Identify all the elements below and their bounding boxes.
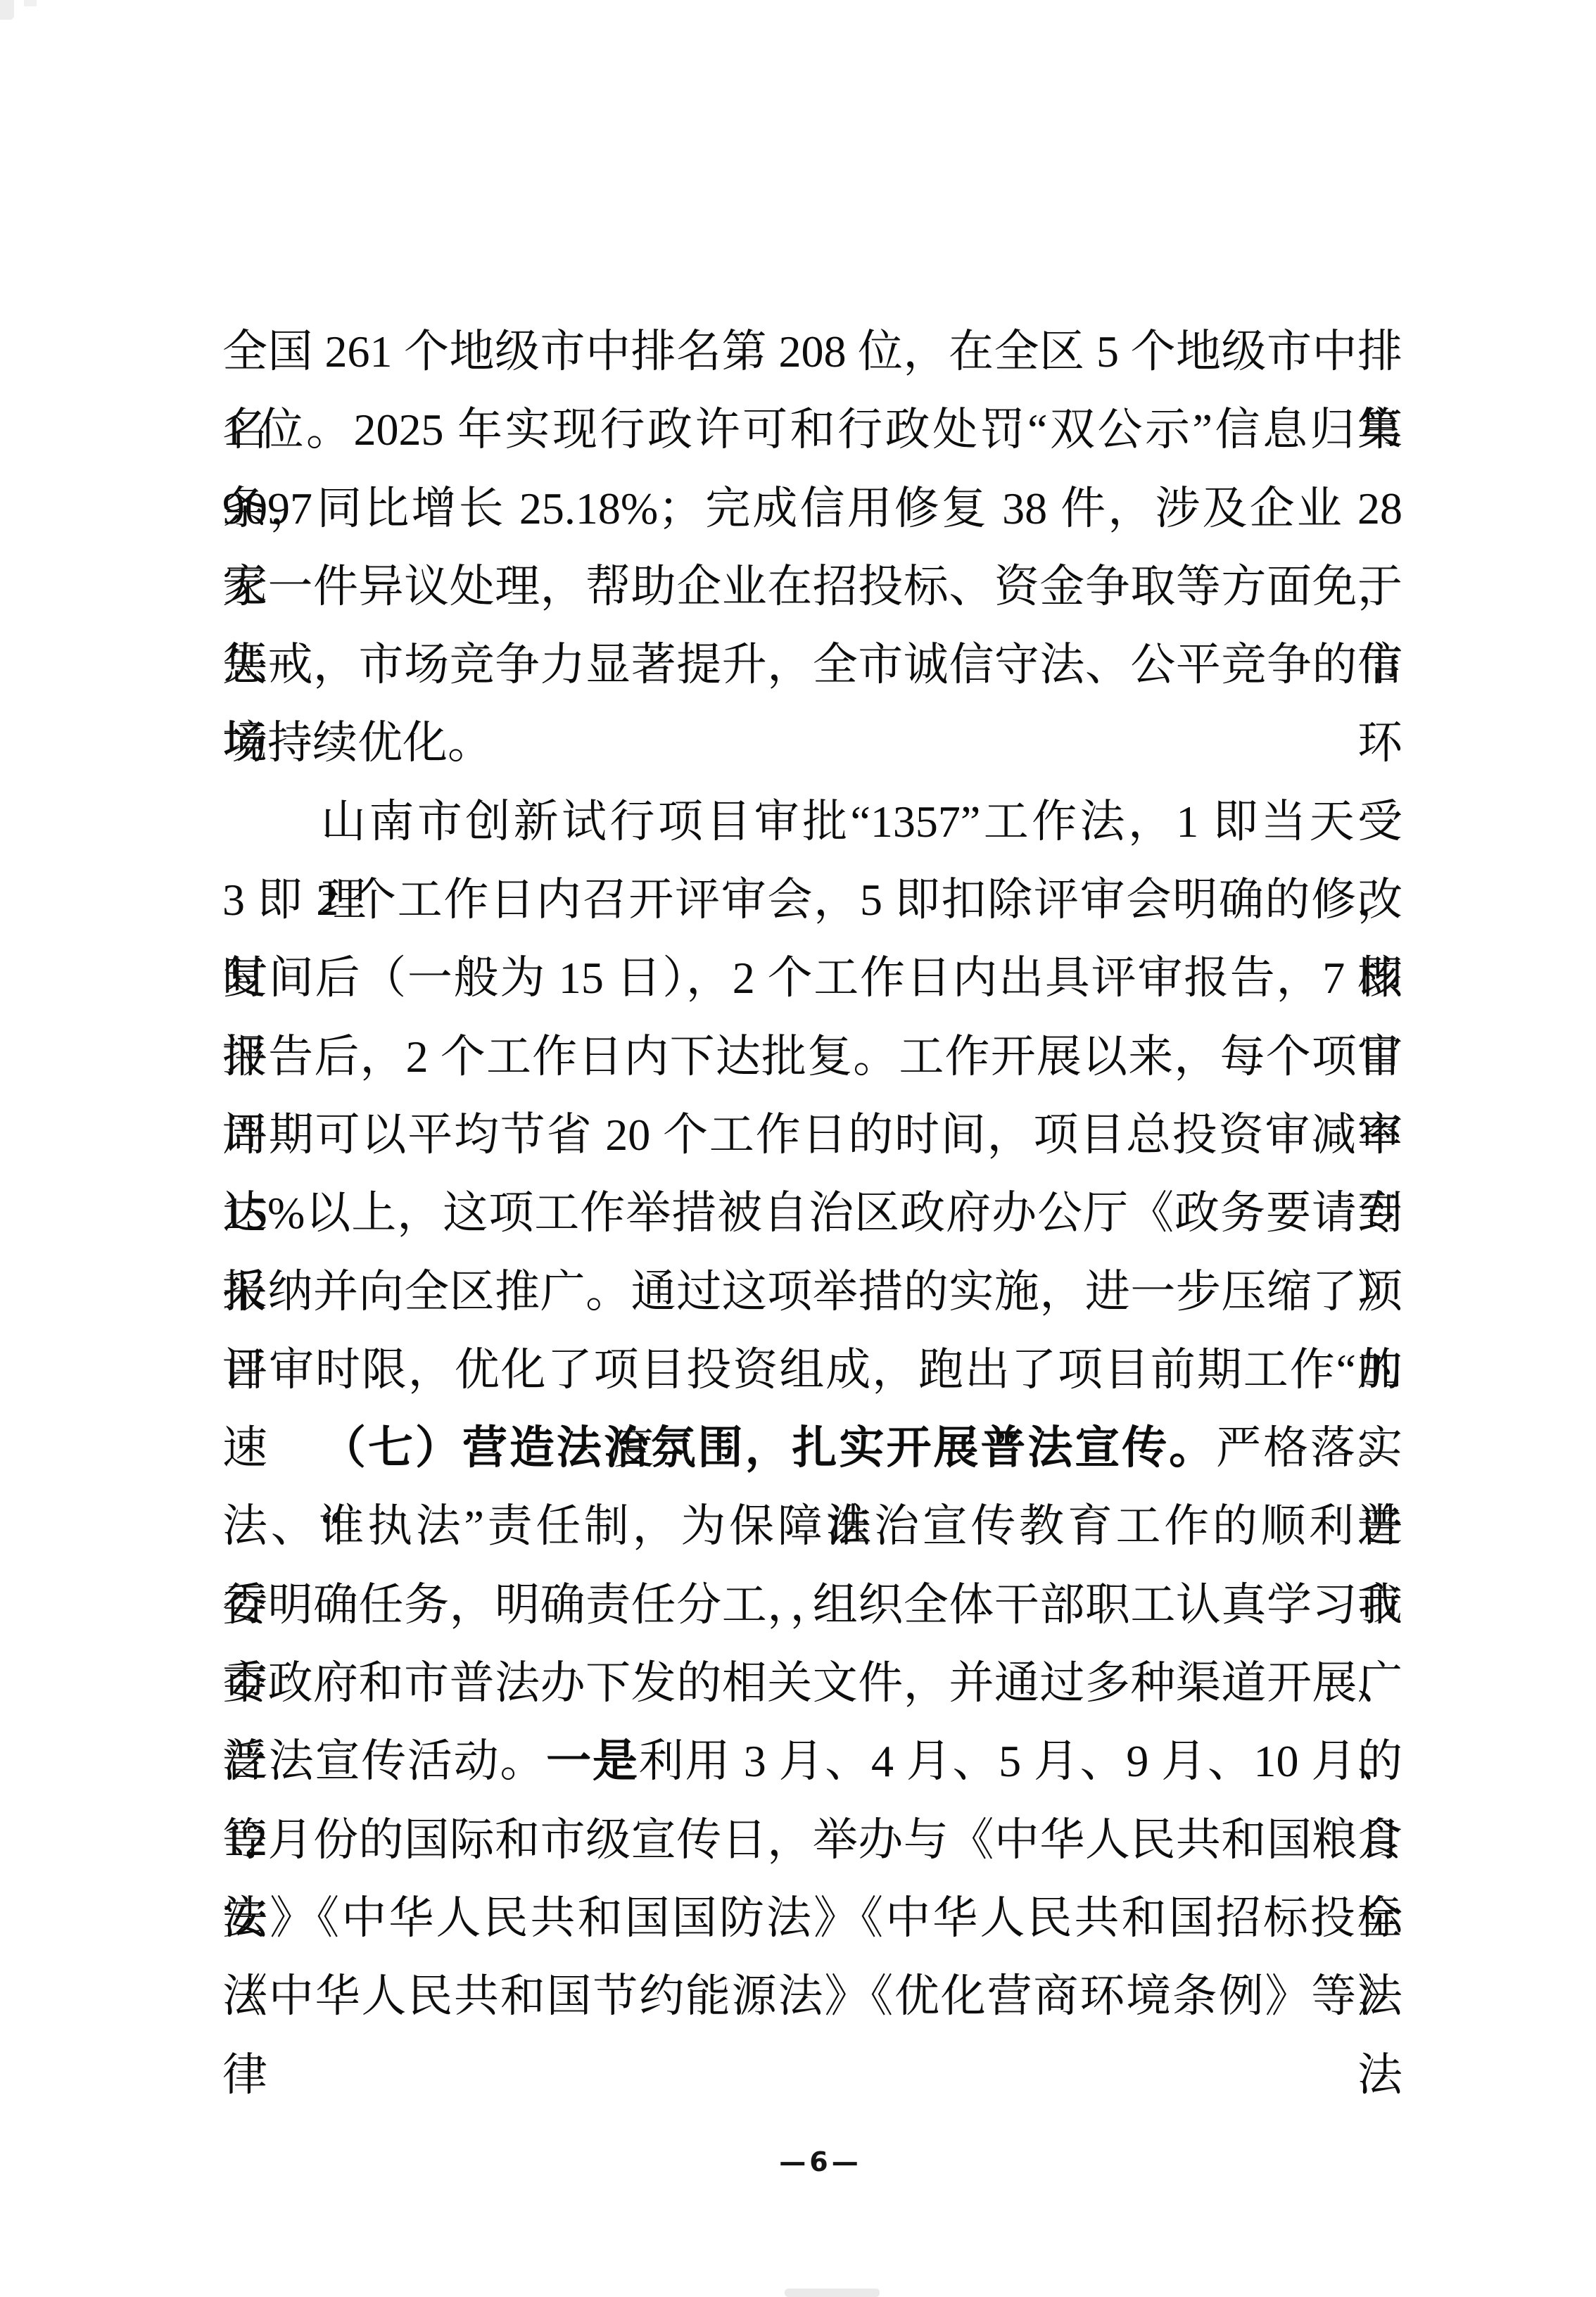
line-text: 《中华人民共和国节约能源法》《优化营商环境条例》等法律法 bbox=[222, 1971, 1402, 2099]
line-text: 普法宣传活动。 bbox=[222, 1736, 546, 1786]
text-line: 条，同比增长 25.18%；完成信用修复 38 件，涉及企业 28 家， bbox=[222, 469, 1402, 548]
text-line: 采纳并向全区推广。通过这项举措的实施，进一步压缩了项目的 bbox=[222, 1253, 1402, 1331]
scan-artifact bbox=[0, 0, 14, 20]
text-line: 评审时限，优化了项目投资组成，跑出了项目前期工作“加速度”。 bbox=[222, 1331, 1402, 1409]
line-bold-text: 一是 bbox=[546, 1736, 638, 1786]
text-line: 报告后，2 个工作日内下达批复。工作开展以来，每个项目评审 bbox=[222, 1018, 1402, 1096]
text-line: 时间后（一般为 15 日），2 个工作日内出具评审报告，7 即评审 bbox=[222, 939, 1402, 1017]
text-line: 法、谁执法”责任制，为保障法治宣传教育工作的顺利进行，我 bbox=[222, 1487, 1402, 1565]
text-line: 周期可以平均节省 20 个工作日的时间，项目总投资审减率达到 bbox=[222, 1096, 1402, 1174]
scan-artifact bbox=[785, 2289, 880, 2297]
text-line: 惩戒，市场竞争力显著提升，全市诚信守法、公平竞争的市场环 bbox=[222, 626, 1402, 704]
text-line: 《中华人民共和国节约能源法》《优化营商环境条例》等法律法 bbox=[222, 1957, 1402, 2035]
text-line: 1 位。2025 年实现行政许可和行政处罚“双公示”信息归集 9097 bbox=[222, 391, 1402, 469]
page-number: —6— bbox=[23, 2141, 1596, 2183]
text-line: 等月份的国际和市级宣传日，举办与《中华人民共和国粮食安全 bbox=[222, 1801, 1402, 1879]
scan-artifact bbox=[24, 0, 37, 6]
section-heading-text: （七）营造法治氛围，扎实开展普法宣传。 bbox=[321, 1423, 1216, 1473]
document-page: 全国 261 个地级市中排名第 208 位，在全区 5 个地级市中排名第 1 位… bbox=[0, 0, 1596, 2297]
text-line: 全国 261 个地级市中排名第 208 位，在全区 5 个地级市中排名第 bbox=[222, 312, 1402, 391]
text-line: 山南市创新试行项目审批“1357”工作法，1 即当天受理， bbox=[222, 783, 1402, 861]
text-line: 普法宣传活动。一是利用 3 月、4 月、5 月、9 月、10 月、12 月 bbox=[222, 1722, 1402, 1800]
body-text: 全国 261 个地级市中排名第 208 位，在全区 5 个地级市中排名第 1 位… bbox=[222, 312, 1402, 2036]
text-line: 15%以上，这项工作举措被自治区政府办公厅《政务要请专报》 bbox=[222, 1174, 1402, 1252]
text-line-section-heading: （七）营造法治氛围，扎实开展普法宣传。严格落实“谁普 bbox=[222, 1409, 1402, 1487]
text-line: 3 即 2 个工作日内召开评审会，5 即扣除评审会明确的修改复核 bbox=[222, 861, 1402, 939]
text-line: 法》《中华人民共和国国防法》《中华人民共和国招标投标法》 bbox=[222, 1879, 1402, 1957]
text-line: 无一件异议处理，帮助企业在招投标、资金争取等方面免于失信 bbox=[222, 548, 1402, 626]
text-line: 委明确任务，明确责任分工，组织全体干部职工认真学习市委、 bbox=[222, 1566, 1402, 1644]
line-text: 境持续优化。 bbox=[222, 718, 493, 768]
text-line: 市政府和市普法办下发的相关文件，并通过多种渠道开展广泛的 bbox=[222, 1644, 1402, 1722]
